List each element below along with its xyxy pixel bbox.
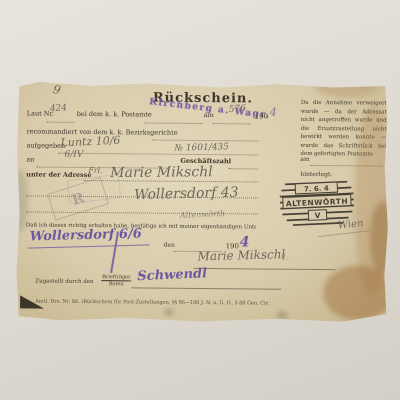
recipient-signature: Marie Mikschl bbox=[197, 247, 285, 263]
postmark-code: V bbox=[314, 211, 320, 220]
addressee-prefix-hand: Frl. bbox=[88, 166, 103, 175]
stain-bottom-speck-2 bbox=[277, 313, 287, 318]
an-hand: 6/IV bbox=[64, 150, 83, 160]
den-label: den bbox=[164, 242, 175, 249]
postamt-label: bei dem k. k. Postamte bbox=[77, 110, 152, 119]
stain-right-mid bbox=[369, 201, 396, 273]
aufgegeben-hand: Luntz 10/6 bbox=[60, 134, 120, 150]
side-note-hinterlegt-label: hinterlegt. bbox=[300, 171, 332, 178]
number-576-hand: 576 bbox=[228, 104, 246, 116]
form-footer-imprint: Amtl. Drs. Nr. 86. (Rückschein für Post-… bbox=[35, 299, 270, 307]
carrier-signature: Schwendl bbox=[137, 266, 207, 284]
am-label-1: am bbox=[204, 111, 214, 119]
side-note-am-label: am bbox=[300, 156, 309, 163]
torn-corner-shadow bbox=[20, 295, 44, 308]
aufgegeben-label: aufgegeben bbox=[26, 141, 65, 149]
rueckschein-document: Rückschein. 9 Laut Nr. 424 bei dem k. k.… bbox=[15, 80, 389, 323]
addressee-pencil-note: Altenwörth bbox=[180, 209, 226, 220]
delivered-label: Zugestellt durch den bbox=[35, 279, 93, 286]
year-hand-1: 4 bbox=[270, 106, 277, 119]
carrier-bottom-label: Boten bbox=[101, 281, 131, 287]
registration-number-hand: 424 bbox=[50, 103, 68, 114]
addressee-place-hand: Wollersdorf 43 bbox=[134, 184, 239, 203]
carrier-fraction: Briefträger Boten bbox=[101, 274, 131, 287]
stain-bottom-right bbox=[323, 265, 393, 321]
year-printed-1: 190 bbox=[255, 112, 268, 120]
stain-bottom-speck-1 bbox=[165, 310, 173, 315]
an-label: an bbox=[26, 155, 34, 163]
geschaeftszahl-hand: № 1601/435 bbox=[174, 142, 229, 153]
date-place-ink-hand: Wollersdorf 6/6 bbox=[30, 227, 142, 245]
scan-background: Rückschein. 9 Laut Nr. 424 bei dem k. k.… bbox=[0, 0, 400, 400]
postmark-date: 7. 6. 4 bbox=[304, 184, 329, 193]
stain-top-right bbox=[315, 79, 377, 98]
